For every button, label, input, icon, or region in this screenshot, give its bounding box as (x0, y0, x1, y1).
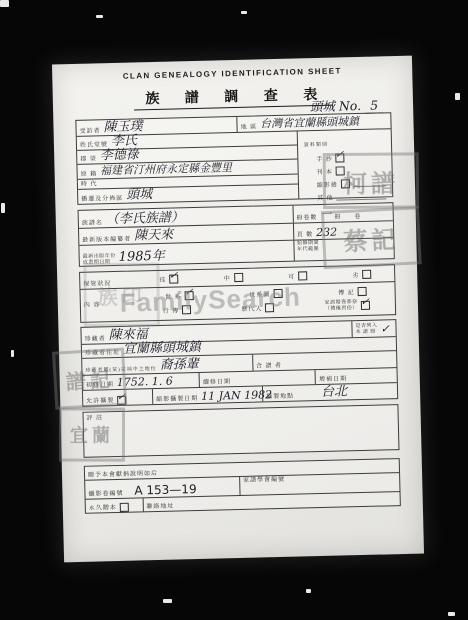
field-value-handwritten: 頭城 (126, 183, 152, 203)
field-value-handwritten: ✓ (380, 322, 390, 335)
field-value-handwritten: 陳天來 (134, 224, 173, 244)
option-label: 可 (288, 271, 295, 280)
field-value-handwritten: A 153—19 (134, 482, 197, 498)
checkbox (361, 301, 370, 310)
archive-seal-stamp: 宜蘭 (59, 408, 125, 462)
section-office-use: 贈予本會獻捐說明如后 攝影卷編號 A 153—19 家譜學會編號 永久贈本 (84, 458, 401, 514)
field-label: 頁 數 (297, 232, 314, 239)
field-filming-date: 縮影攝製日期 11 JAN 1982 (152, 386, 262, 404)
document-sheet: CLAN GENEALOGY IDENTIFICATION SHEET 族 譜 … (52, 56, 424, 563)
field-label: 聯絡地址 (146, 504, 174, 512)
section-holder: 珍藏者 陳來福 是否列入 本 譜 冊 ✓ 珍藏者住址 宜蘭縣頭城鎮 (80, 319, 398, 407)
contents-option: 傳 記 (338, 287, 367, 297)
section-remarks: 評 註 (82, 404, 399, 458)
field-label: 攝影卷編號 (88, 491, 123, 499)
field-permanent-copy: 永久贈本 (86, 498, 143, 512)
dust-speck (455, 93, 460, 100)
field-label: 冊卷數 (296, 215, 317, 223)
contents-option: 家訓婚喪葬祭 （禮儀習俗） (325, 300, 370, 312)
option-label: 傳 記 (338, 287, 355, 296)
dust-speck (306, 589, 311, 593)
field-label: 資料類別 (304, 143, 328, 149)
option-label: 劣 (352, 270, 359, 279)
field-label: 地 區 (241, 124, 258, 131)
field-label: 最新版本編纂者 (82, 237, 131, 245)
checkbox (169, 274, 178, 283)
condition-option: 中 (224, 272, 243, 281)
field-value-handwritten: 裔孫輩 (159, 353, 198, 373)
field-label: 受訪者 (80, 128, 101, 136)
option-label: 佳 (159, 274, 166, 283)
field-label: 縮影攝製日期 (156, 396, 198, 404)
condition-option: 佳 (159, 274, 178, 283)
dust-speck (241, 11, 247, 14)
archive-seal-stamp: 蔡記 (321, 206, 422, 269)
field-filming-place: 攝製地點 台北 (262, 383, 397, 401)
checkbox (234, 272, 243, 281)
option-label: 家訓婚喪葬祭 （禮儀習俗） (325, 300, 358, 312)
option-label: 中 (224, 273, 231, 282)
field-value-handwritten: 台灣省宜蘭縣頭城鎮 (260, 113, 359, 131)
field-label: 族譜名 (82, 220, 103, 228)
field-label: 播遷及分佈區 (81, 196, 123, 204)
field-label: 永久贈本 (89, 505, 117, 513)
checkbox (120, 503, 129, 512)
checkbox (298, 271, 307, 280)
dust-speck (163, 599, 172, 603)
condition-option: 劣 (352, 269, 371, 278)
field-label: 始修期間 年代範圍 (297, 241, 319, 253)
archive-seal-stamp: 譜記 (52, 348, 127, 410)
field-label: 續修日期 (203, 379, 231, 387)
field-label: 珍藏者 (85, 336, 106, 344)
field-revision-date: 續修日期 (199, 370, 315, 387)
dust-speck (1, 203, 5, 213)
dust-speck (11, 350, 14, 357)
dust-speck (448, 612, 455, 616)
photo-stage: CLAN GENEALOGY IDENTIFICATION SHEET 族 譜 … (0, 0, 468, 620)
checkbox (362, 269, 371, 278)
checkbox (358, 287, 367, 296)
field-label: 家譜學會編號 (243, 477, 285, 485)
dust-speck (96, 15, 103, 18)
archive-seal-stamp: 柯譜 (323, 152, 419, 209)
field-label: 攝製地點 (266, 394, 294, 402)
dust-speck (0, 0, 9, 7)
field-listed-in-book: 是否列入 本 譜 冊 ✓ (351, 320, 395, 337)
field-label: 合 譜 者 (256, 363, 282, 371)
field-remarks: 評 註 (83, 405, 397, 423)
field-value-handwritten: 李德祿 (99, 143, 138, 163)
field-value-handwritten: 台北 (321, 380, 347, 400)
field-film-number: 攝影卷編號 A 153—19 (85, 477, 239, 499)
field-label: 是否列入 本 譜 冊 (355, 324, 377, 336)
condition-option: 可 (288, 271, 307, 280)
familysearch-watermark: FamilySearch (119, 282, 301, 319)
document-title-english: CLAN GENEALOGY IDENTIFICATION SHEET (52, 65, 412, 83)
